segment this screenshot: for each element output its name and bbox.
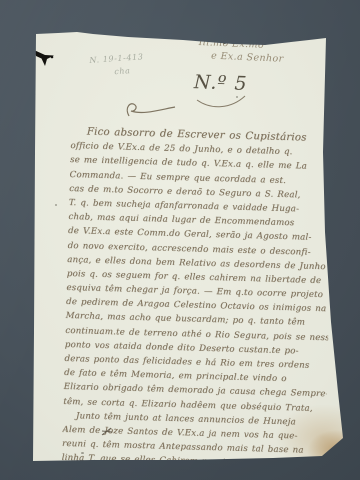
manuscript-page: N. 19-1-413 cha Ill.mo Ex.mo e Ex.a Senh…: [33, 32, 343, 463]
margin-x-mark: [101, 427, 113, 437]
pencil-annotation: N. 19-1-413 cha: [89, 50, 145, 80]
pencil-annotation-line2: cha: [114, 63, 145, 78]
salutation-header: Ill.mo Ex.mo e Ex.a Senhor: [198, 36, 285, 66]
paper-speck: [55, 204, 57, 206]
letter-body: Fico absorro de Escrever os Cupistários …: [61, 125, 333, 473]
paper-speck: [81, 452, 84, 454]
underline-flourish: [191, 88, 265, 114]
salutation-line2: e Ex.a Senhor: [211, 50, 284, 66]
paper-speck: [236, 96, 238, 98]
ink-blot: [32, 47, 58, 73]
paragraph-flourish: [121, 99, 179, 121]
photo-background: N. 19-1-413 cha Ill.mo Ex.mo e Ex.a Senh…: [0, 0, 360, 480]
